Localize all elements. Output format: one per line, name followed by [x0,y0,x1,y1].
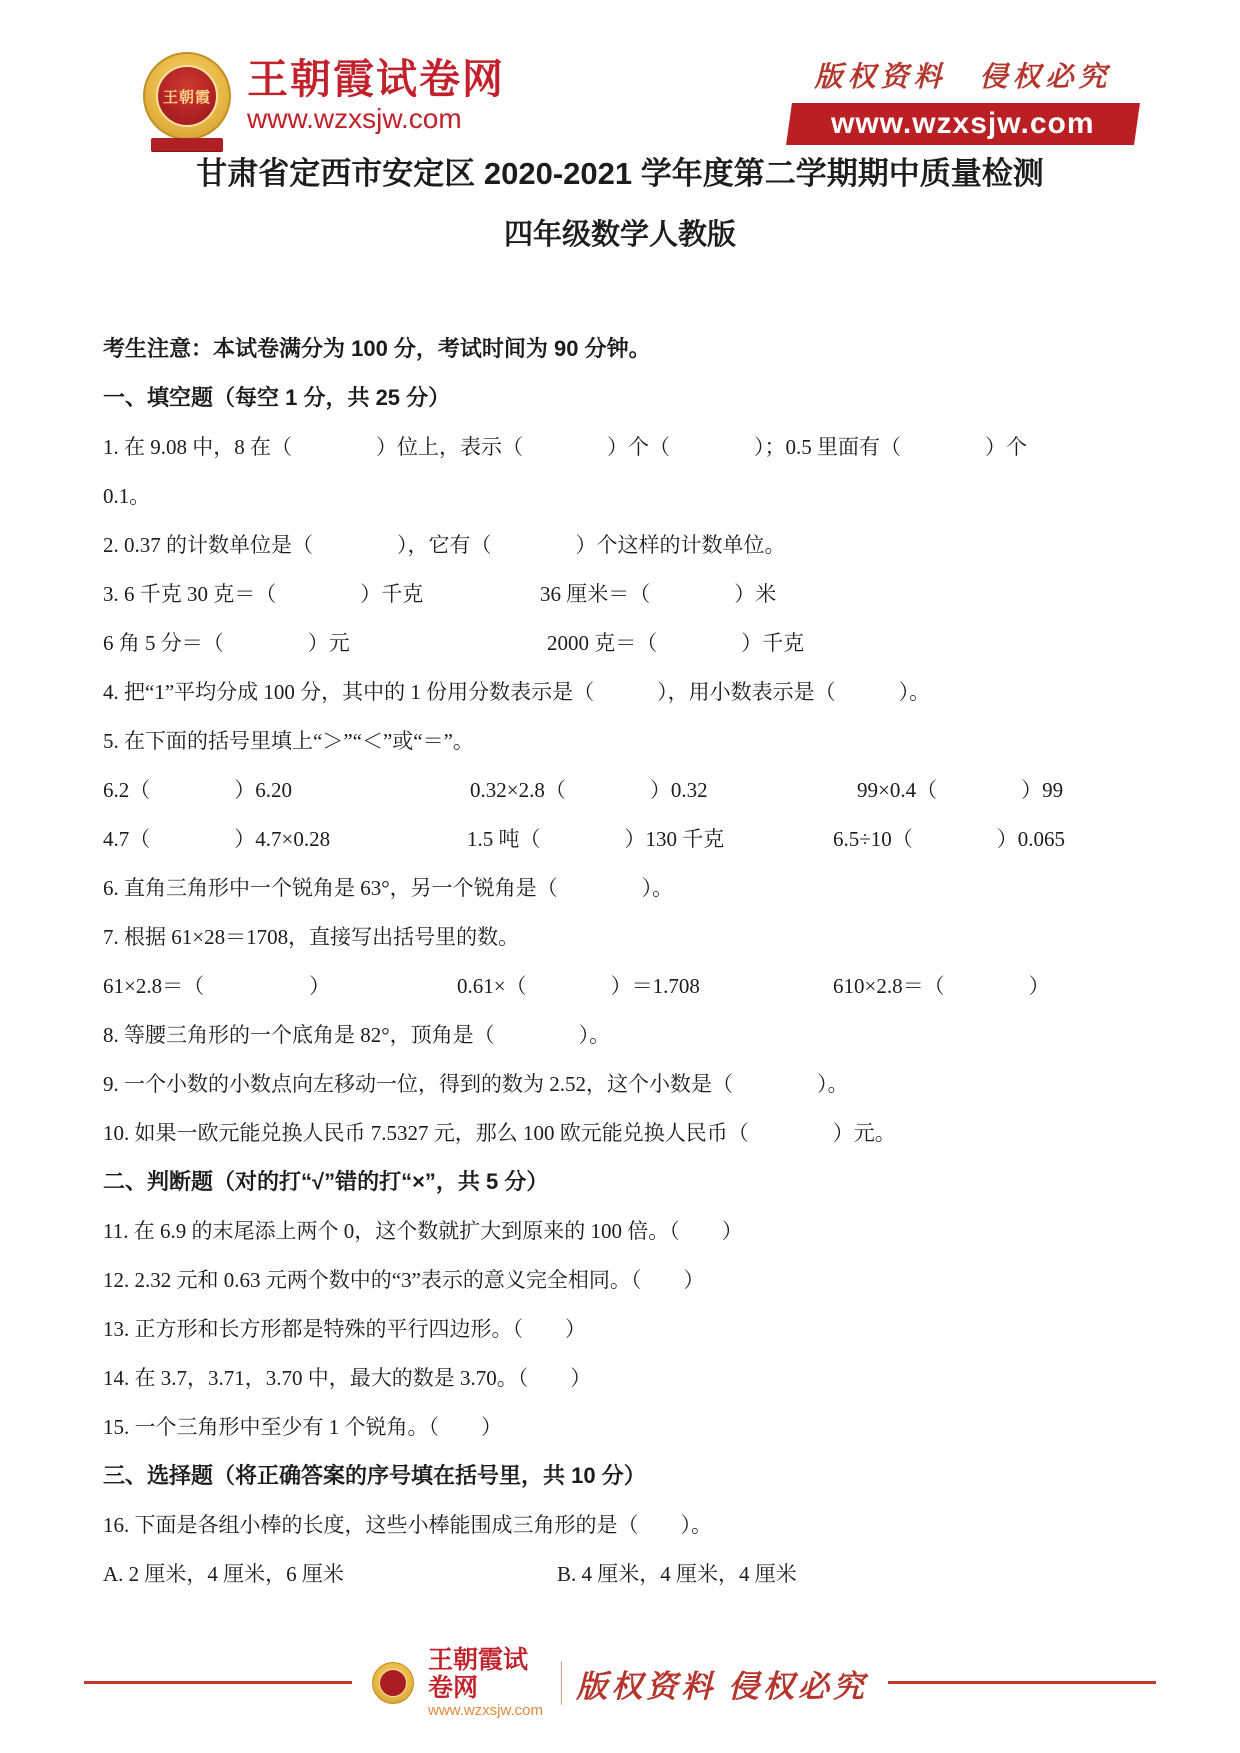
copyright-block: 版权资料 侵权必究 www.wzxsjw.com [789,55,1137,145]
footer-slogan: 版权资料 侵权必究 [576,1661,868,1706]
question-7: 7. 根据 61×28＝1708，直接写出括号里的数。 [103,926,1137,948]
question-7-row: 61×2.8＝（ ） 0.61×（ ）＝1.708 610×2.8＝（ ） [103,975,1137,997]
question-13: 13. 正方形和长方形都是特殊的平行四边形。（ ） [103,1318,1137,1340]
brand-text: 王朝霞试卷网 www.wzxsjw.com [247,56,505,136]
question-15: 15. 一个三角形中至少有 1 个锐角。（ ） [103,1416,1137,1438]
q5-compare-5: 1.5 吨（ ）130 千克 [467,828,724,850]
question-3-part-b: 36 厘米＝（ ）米 [540,583,776,605]
footer-badge-icon [372,1662,414,1704]
copyright-slogan: 版权资料 侵权必究 [789,55,1137,95]
question-14: 14. 在 3.7，3.71，3.70 中，最大的数是 3.70。（ ） [103,1367,1137,1389]
section-2-heading: 二、判断题（对的打“√”错的打“×”，共 5 分） [103,1171,1137,1193]
question-8: 8. 等腰三角形的一个底角是 82°，顶角是（ ）。 [103,1024,1137,1046]
section-1-heading: 一、填空题（每空 1 分，共 25 分） [103,387,1137,409]
question-12: 12. 2.32 元和 0.63 元两个数中的“3”表示的意义完全相同。（ ） [103,1269,1137,1291]
question-6: 6. 直角三角形中一个锐角是 63°，另一个锐角是（ ）。 [103,877,1137,899]
question-5: 5. 在下面的括号里填上“＞”“＜”或“＝”。 [103,730,1137,752]
q7-expr-2: 0.61×（ ）＝1.708 [457,975,700,997]
question-1-line-2: 0.1。 [103,485,1137,507]
paper-subtitle: 四年级数学人教版 [0,212,1240,253]
brand-badge-text: 王朝霞 [156,65,218,127]
question-3-part-d: 2000 克＝（ ）千克 [547,632,804,654]
question-3-line-1: 3. 6 千克 30 克＝（ ）千克 36 厘米＝（ ）米 [103,583,1137,605]
section-3-heading: 三、选择题（将正确答案的序号填在括号里，共 10 分） [103,1465,1137,1487]
url-banner-text: www.wzxsjw.com [831,107,1095,141]
url-banner: www.wzxsjw.com [786,103,1140,145]
question-16-options: A. 2 厘米，4 厘米，6 厘米 B. 4 厘米，4 厘米，4 厘米 [103,1563,1137,1585]
question-9: 9. 一个小数的小数点向左移动一位，得到的数为 2.52，这个小数是（ ）。 [103,1073,1137,1095]
q16-option-a: A. 2 厘米，4 厘米，6 厘米 [103,1563,344,1585]
q16-option-b: B. 4 厘米，4 厘米，4 厘米 [557,1563,797,1585]
footer-brand-name: 王朝霞试卷网 [428,1646,547,1702]
question-11: 11. 在 6.9 的末尾添上两个 0，这个数就扩大到原来的 100 倍。（ ） [103,1220,1137,1242]
brand-name: 王朝霞试卷网 [247,56,505,102]
brand-badge-seal-icon: 王朝霞 [143,52,231,140]
brand-url: www.wzxsjw.com [247,102,505,136]
q5-compare-2: 0.32×2.8（ ）0.32 [470,779,708,801]
footer-brand-url: www.wzxsjw.com [428,1702,547,1720]
paper-title: 甘肃省定西市安定区 2020-2021 学年度第二学期期中质量检测 [0,148,1240,193]
question-3-part-c: 6 角 5 分＝（ ）元 [103,632,350,654]
q5-compare-4: 4.7（ ）4.7×0.28 [103,828,330,850]
q7-expr-3: 610×2.8＝（ ） [833,975,1050,997]
brand-badge: 王朝霞 [143,50,235,154]
question-2: 2. 0.37 的计数单位是（ ），它有（ ）个这样的计数单位。 [103,534,1137,556]
footer-divider [561,1661,563,1705]
page-footer: 王朝霞试卷网 www.wzxsjw.com 版权资料 侵权必究 [84,1652,1156,1716]
site-brand: 王朝霞 王朝霞试卷网 www.wzxsjw.com [143,50,505,154]
q5-compare-3: 99×0.4（ ）99 [857,779,1063,801]
footer-brand-text: 王朝霞试卷网 www.wzxsjw.com [428,1646,547,1720]
exam-notice: 考生注意：本试卷满分为 100 分，考试时间为 90 分钟。 [103,338,1137,360]
footer-badge-seal [379,1669,407,1697]
q5-compare-6: 6.5÷10（ ）0.065 [833,828,1065,850]
question-4: 4. 把“1”平均分成 100 分，其中的 1 份用分数表示是（ ），用小数表示… [103,681,1137,703]
q5-compare-1: 6.2（ ）6.20 [103,779,292,801]
question-3-part-a: 3. 6 千克 30 克＝（ ）千克 [103,583,423,605]
question-10: 10. 如果一欧元能兑换人民币 7.5327 元，那么 100 欧元能兑换人民币… [103,1122,1137,1144]
question-16: 16. 下面是各组小棒的长度，这些小棒能围成三角形的是（ ）。 [103,1514,1137,1536]
question-5-row-2: 4.7（ ）4.7×0.28 1.5 吨（ ）130 千克 6.5÷10（ ）0… [103,828,1137,850]
question-1-line-1: 1. 在 9.08 中，8 在（ ）位上，表示（ ）个（ ）；0.5 里面有（ … [103,436,1137,458]
exam-paper-page: 王朝霞 王朝霞试卷网 www.wzxsjw.com 版权资料 侵权必究 www.… [0,0,1240,1753]
paper-body: 考生注意：本试卷满分为 100 分，考试时间为 90 分钟。 一、填空题（每空 … [103,338,1137,1612]
question-3-line-2: 6 角 5 分＝（ ）元 2000 克＝（ ）千克 [103,632,1137,654]
question-5-row-1: 6.2（ ）6.20 0.32×2.8（ ）0.32 99×0.4（ ）99 [103,779,1137,801]
footer-brand-block: 王朝霞试卷网 www.wzxsjw.com 版权资料 侵权必究 [352,1652,888,1714]
q7-expr-1: 61×2.8＝（ ） [103,975,330,997]
